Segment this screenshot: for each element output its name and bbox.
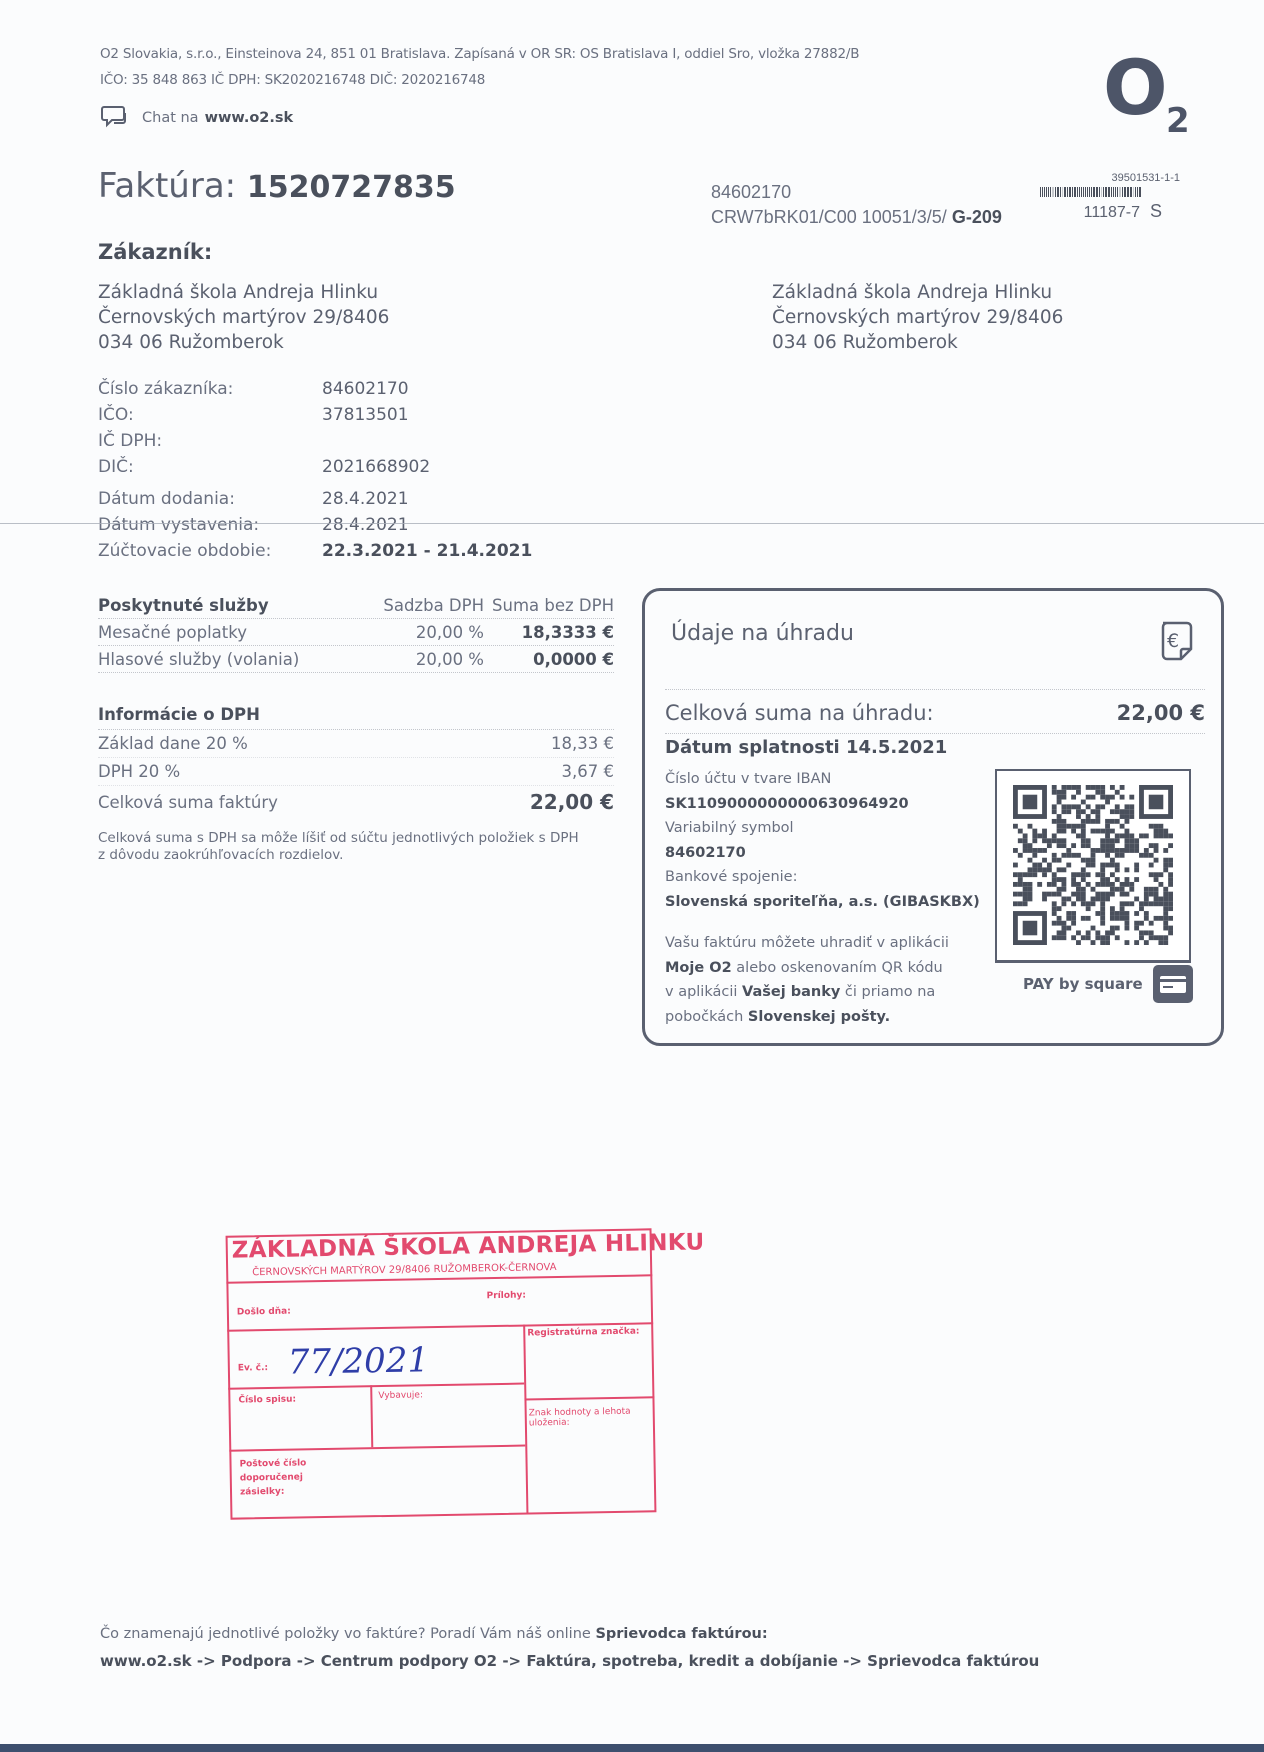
vat-row: DPH 20 %3,67 €	[98, 758, 614, 786]
footer-guide-path[interactable]: www.o2.sk -> Podpora -> Centrum podpory …	[100, 1652, 1039, 1670]
vat-label: Základ dane 20 %	[98, 734, 551, 753]
services-header-row: Poskytnuté služby Sadzba DPH Suma bez DP…	[98, 592, 614, 619]
invoice-total-value: 22,00 €	[530, 790, 614, 814]
variable-symbol-label: Variabilný symbol	[665, 816, 980, 841]
note-line: z dôvodu zaokrúhľovacích rozdielov.	[98, 847, 614, 864]
stamp-label-ev: Ev. č.:	[238, 1363, 268, 1374]
payment-box: Údaje na úhradu € Celková suma na úhradu…	[642, 588, 1224, 1046]
amount-due-label: Celková suma na úhradu:	[665, 701, 934, 725]
iban-value: SK1109000000000630964920	[665, 792, 980, 817]
o2-logo: O 2	[1103, 50, 1223, 150]
invoice-title: Faktúra: 1520727835	[98, 166, 456, 206]
bank-value: Slovenská sporiteľňa, a.s. (GIBASKBX)	[665, 890, 980, 915]
reference-group: G-209	[952, 207, 1002, 227]
column-header: Suma bez DPH	[484, 596, 614, 615]
stamp-label-attachments: Prílohy:	[487, 1291, 526, 1302]
detail-label: DIČ:	[98, 457, 322, 477]
barcode-bottom-number: 11187-7S	[1040, 201, 1182, 222]
service-row: Mesačné poplatky 20,00 % 18,3333 €	[98, 619, 614, 646]
stamp-label-registry: Registratúrna značka:	[527, 1327, 639, 1339]
stamp-label-retention: Znak hodnoty a lehota uloženia:	[529, 1406, 649, 1428]
stamp-label-postal: zásielky:	[240, 1487, 285, 1498]
scan-edge	[0, 1744, 1264, 1752]
note-app: Moje O2	[665, 960, 732, 976]
chat-label: Chat na	[142, 110, 199, 126]
website-link[interactable]: www.o2.sk	[205, 110, 294, 126]
note-post: Slovenskej pošty.	[748, 1009, 890, 1025]
detail-label: IČO:	[98, 405, 322, 425]
vat-label: Celková suma faktúry	[98, 793, 530, 812]
service-name: Hlasové služby (volania)	[98, 650, 364, 669]
detail-label: Číslo zákazníka:	[98, 379, 322, 399]
customer-address: Základná škola Andreja Hlinku Černovskýc…	[98, 280, 389, 355]
payment-note: Vašu faktúru môžete uhradiť v aplikácii …	[665, 931, 949, 1029]
mailing-address: Základná škola Andreja Hlinku Černovskýc…	[772, 280, 1063, 355]
customer-heading: Zákazník:	[98, 240, 212, 264]
vat-value: 18,33 €	[551, 734, 614, 753]
detail-row: Dátum vystavenia:28.4.2021	[98, 512, 532, 538]
vat-heading: Informácie o DPH	[98, 700, 614, 730]
detail-row: Dátum dodania:28.4.2021	[98, 486, 532, 512]
payment-details: Číslo účtu v tvare IBAN SK11090000000006…	[665, 767, 980, 914]
chat-bubble-icon	[100, 104, 128, 132]
note-text: v aplikácii	[665, 984, 742, 1000]
service-name: Mesačné poplatky	[98, 623, 364, 642]
detail-row: IČ DPH:	[98, 428, 532, 454]
vat-label: DPH 20 %	[98, 762, 562, 781]
svg-text:€: €	[1167, 630, 1179, 652]
stamp-label-handles: Vybavuje:	[378, 1390, 423, 1401]
address-line: Černovských martýrov 29/8406	[98, 305, 389, 330]
chat-link-row[interactable]: Chat na www.o2.sk	[100, 104, 293, 132]
payment-title: Údaje na úhradu	[671, 621, 854, 646]
detail-value: 37813501	[322, 405, 409, 425]
address-line: Základná škola Andreja Hlinku	[772, 280, 1063, 305]
service-rate: 20,00 %	[364, 623, 484, 642]
logo-subscript: 2	[1166, 104, 1190, 138]
barcode-block: 39501531-1-1 11187-7S	[1040, 172, 1182, 222]
vat-row: Základ dane 20 %18,33 €	[98, 730, 614, 758]
service-row: Hlasové služby (volania) 20,00 % 0,0000 …	[98, 646, 614, 673]
detail-row: Zúčtovacie obdobie:22.3.2021 - 21.4.2021	[98, 538, 532, 564]
vat-info: Informácie o DPH Základ dane 20 %18,33 €…	[98, 700, 614, 864]
stamp-label-postal: doporučenej	[240, 1472, 303, 1483]
barcode-code: 11187-7	[1084, 204, 1140, 221]
iban-label: Číslo účtu v tvare IBAN	[665, 767, 980, 792]
bank-label: Bankové spojenie:	[665, 865, 980, 890]
address-line: Základná škola Andreja Hlinku	[98, 280, 389, 305]
reference-code: CRW7bRK01/C00 10051/3/5/	[711, 207, 947, 227]
detail-row: IČO:37813501	[98, 402, 532, 428]
services-table: Poskytnuté služby Sadzba DPH Suma bez DP…	[98, 592, 614, 673]
note-text: Vašu faktúru môžete uhradiť v aplikácii	[665, 935, 949, 951]
vat-value: 3,67 €	[562, 762, 614, 781]
qr-code	[1013, 785, 1173, 945]
detail-label: Zúčtovacie obdobie:	[98, 541, 322, 561]
barcode-top-number: 39501531-1-1	[1040, 172, 1182, 184]
address-line: 034 06 Ružomberok	[98, 330, 389, 355]
divider	[665, 689, 1205, 690]
detail-label: IČ DPH:	[98, 431, 322, 451]
registry-stamp: ZÁKLADNÁ ŠKOLA ANDREJA HLINKU ČERNOVSKÝC…	[226, 1228, 657, 1519]
stamp-label-file: Číslo spisu:	[238, 1395, 296, 1406]
detail-row: Číslo zákazníka:84602170	[98, 376, 532, 402]
variable-symbol-value: 84602170	[665, 841, 980, 866]
detail-value: 84602170	[322, 379, 409, 399]
note-line: Celková suma s DPH sa môže líšiť od súčt…	[98, 830, 614, 847]
qr-code-frame	[995, 769, 1191, 963]
address-line: 034 06 Ružomberok	[772, 330, 1063, 355]
detail-value: 28.4.2021	[322, 515, 409, 535]
amount-due-row: Celková suma na úhradu: 22,00 €	[665, 701, 1205, 725]
company-info-line-1: O2 Slovakia, s.r.o., Einsteinova 24, 851…	[100, 46, 859, 62]
service-amount: 18,3333 €	[484, 623, 614, 642]
note-text: pobočkách	[665, 1009, 748, 1025]
detail-value: 2021668902	[322, 457, 430, 477]
amount-due-value: 22,00 €	[1117, 701, 1205, 725]
footer-guide-label: Sprievodca faktúrou:	[595, 1626, 767, 1642]
stamp-label-postal: Poštové číslo	[239, 1458, 306, 1469]
note-text: alebo oskenovaním QR kódu	[732, 960, 943, 976]
detail-row: DIČ:2021668902	[98, 454, 532, 480]
company-info-line-2: IČO: 35 848 863 IČ DPH: SK2020216748 DIČ…	[100, 72, 485, 88]
due-date: Dátum splatnosti 14.5.2021	[665, 737, 947, 758]
note-text: či priamo na	[840, 984, 935, 1000]
column-header: Poskytnuté služby	[98, 596, 364, 615]
invoice-total-row: Celková suma faktúry22,00 €	[98, 786, 614, 818]
rounding-note: Celková suma s DPH sa môže líšiť od súčt…	[98, 830, 614, 864]
reference-block: 84602170 CRW7bRK01/C00 10051/3/5/ G-209	[711, 180, 1002, 230]
detail-value: 28.4.2021	[322, 489, 409, 509]
euro-document-icon: €	[1157, 621, 1195, 663]
payment-card-icon	[1153, 965, 1193, 1003]
note-bank: Vašej banky	[742, 984, 840, 1000]
handwritten-ev-number: 77/2021	[287, 1340, 429, 1382]
column-header: Sadzba DPH	[364, 596, 484, 615]
barcode-letter: S	[1150, 201, 1162, 221]
invoice-label: Faktúra:	[98, 166, 236, 206]
address-line: Černovských martýrov 29/8406	[772, 305, 1063, 330]
billing-period-value: 22.3.2021 - 21.4.2021	[322, 541, 532, 561]
footer-text: Čo znamenajú jednotlivé položky vo faktú…	[100, 1626, 595, 1642]
barcode	[1040, 187, 1182, 197]
service-rate: 20,00 %	[364, 650, 484, 669]
detail-label: Dátum dodania:	[98, 489, 322, 509]
logo-letter: O	[1103, 50, 1168, 126]
detail-label: Dátum vystavenia:	[98, 515, 322, 535]
stamp-label-received: Došlo dňa:	[237, 1307, 291, 1318]
divider	[665, 733, 1205, 734]
fold-line	[0, 523, 1264, 524]
customer-details: Číslo zákazníka:84602170 IČO:37813501 IČ…	[98, 376, 532, 564]
reference-line-1: 84602170	[711, 180, 1002, 205]
reference-line-2: CRW7bRK01/C00 10051/3/5/ G-209	[711, 205, 1002, 230]
invoice-number: 1520727835	[247, 170, 456, 205]
pay-by-square-label: PAY by square	[1023, 975, 1143, 993]
service-amount: 0,0000 €	[484, 650, 614, 669]
footer-help-text: Čo znamenajú jednotlivé položky vo faktú…	[100, 1626, 768, 1642]
